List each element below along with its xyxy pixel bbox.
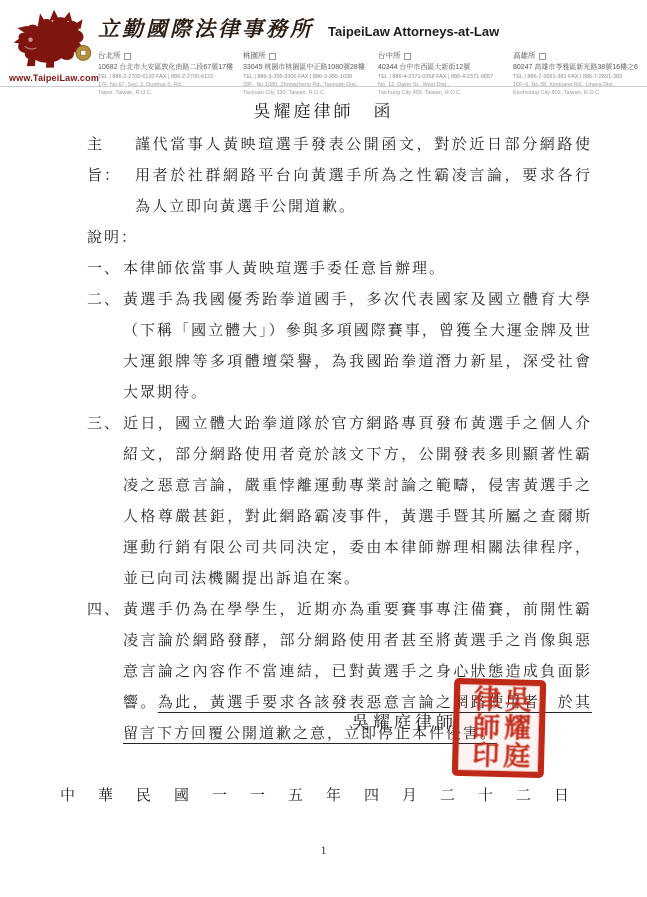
item-3: 三、 近日，國立體大跆拳道隊於官方網路專頁發布黃選手之個人介紹文，部分網路使用者… — [87, 409, 592, 595]
subject-label: 主旨： — [87, 130, 135, 223]
gold-coin-icon — [76, 46, 91, 61]
subject-text: 謹代當事人黃映瑄選手發表公開函文，對於近日部分網路使用者於社群網路平台向黃選手所… — [135, 130, 592, 223]
letterhead-divider — [0, 86, 647, 87]
item-text: 黃選手為我國優秀跆拳道國手，多次代表國家及國立體育大學（下稱「國立體大」）參與多… — [123, 285, 592, 409]
office-taichung: 台中所 40344 台中市西區大新街12號 TEL | 886-4-2371-0… — [378, 51, 513, 98]
letter-title: 吳耀庭律師 函 — [0, 97, 647, 122]
office-name: 桃園所 — [243, 51, 266, 62]
office-list: 台北所 10682 台北市大安區敦化南路二段67號17樓 TEL | 886-2… — [98, 51, 645, 98]
office-taipei: 台北所 10682 台北市大安區敦化南路二段67號17樓 TEL | 886-2… — [98, 51, 243, 98]
subject-paragraph: 主旨： 謹代當事人黃映瑄選手發表公開函文，對於近日部分網路使用者於社群網路平台向… — [87, 130, 592, 223]
firm-website-url: www.TaipeiLaw.com — [8, 73, 100, 83]
letter-body: 主旨： 謹代當事人黃映瑄選手發表公開函文，對於近日部分網路使用者於社群網路平台向… — [87, 130, 592, 750]
office-address-zh: 80247 高雄市苓雅區新光路38號16樓之6 — [513, 63, 643, 73]
office-address-zh: 10682 台北市大安區敦化南路二段67號17樓 — [98, 63, 243, 73]
scanned-letter-page: www.TaipeiLaw.com 立勤國際法律事務所 TaipeiLaw At… — [0, 0, 647, 897]
office-kaohsiung: 高雄所 80247 高雄市苓雅區新光路38號16樓之6 TEL | 886-7-… — [513, 51, 643, 98]
office-taoyuan: 桃園所 33045 桃園市桃園區中正路1080號28樓 TEL | 886-3-… — [243, 51, 378, 98]
explanation-label: 說明： — [87, 223, 592, 254]
item-text: 近日，國立體大跆拳道隊於官方網路專頁發布黃選手之個人介紹文，部分網路使用者竟於該… — [123, 409, 592, 595]
item-marker: 二、 — [87, 285, 123, 409]
item-1: 一、 本律師依當事人黃映瑄選手委任意旨辦理。 — [87, 254, 592, 285]
item-marker: 四、 — [87, 595, 123, 750]
lawyer-seal-stamp: 吳耀庭律師印 — [452, 678, 547, 778]
office-tel-fax: TEL | 886-3-355-3306 FAX | 886-3-355-103… — [243, 74, 378, 82]
office-name: 高雄所 — [513, 51, 536, 62]
checkbox-square-icon — [269, 53, 276, 60]
letter-date: 中華民國一一五年四月二十二日 — [60, 784, 592, 805]
office-address-zh: 40344 台中市西區大新街12號 — [378, 63, 513, 73]
item-text: 本律師依當事人黃映瑄選手委任意旨辦理。 — [123, 254, 592, 285]
office-name: 台北所 — [98, 51, 121, 62]
item-2: 二、 黃選手為我國優秀跆拳道國手，多次代表國家及國立體育大學（下稱「國立體大」）… — [87, 285, 592, 409]
item-marker: 三、 — [87, 409, 123, 595]
office-name: 台中所 — [378, 51, 401, 62]
checkbox-square-icon — [539, 53, 546, 60]
lion-logo-icon — [10, 6, 98, 72]
office-tel-fax: TEL | 886-4-2371-0358 FAX | 886-4-2371-0… — [378, 74, 513, 82]
seal-text: 吳耀庭律師印 — [467, 684, 531, 772]
firm-name-chinese: 立勤國際法律事務所 — [98, 13, 314, 43]
office-tel-fax: TEL | 886-7-2691-381 FAX | 886-7-2691-38… — [513, 74, 643, 82]
checkbox-square-icon — [124, 53, 131, 60]
office-tel-fax: TEL | 886-2-2700-6120 FAX | 886-2-2700-6… — [98, 74, 243, 82]
item-marker: 一、 — [87, 254, 123, 285]
office-address-zh: 33045 桃園市桃園區中正路1080號28樓 — [243, 63, 378, 73]
page-number: 1 — [0, 843, 647, 858]
firm-name-english: TaipeiLaw Attorneys-at-Law — [328, 24, 499, 39]
checkbox-square-icon — [404, 53, 411, 60]
lawyer-signature: 吳耀庭律師 — [352, 708, 457, 733]
firm-logo-block: www.TaipeiLaw.com — [8, 6, 100, 83]
